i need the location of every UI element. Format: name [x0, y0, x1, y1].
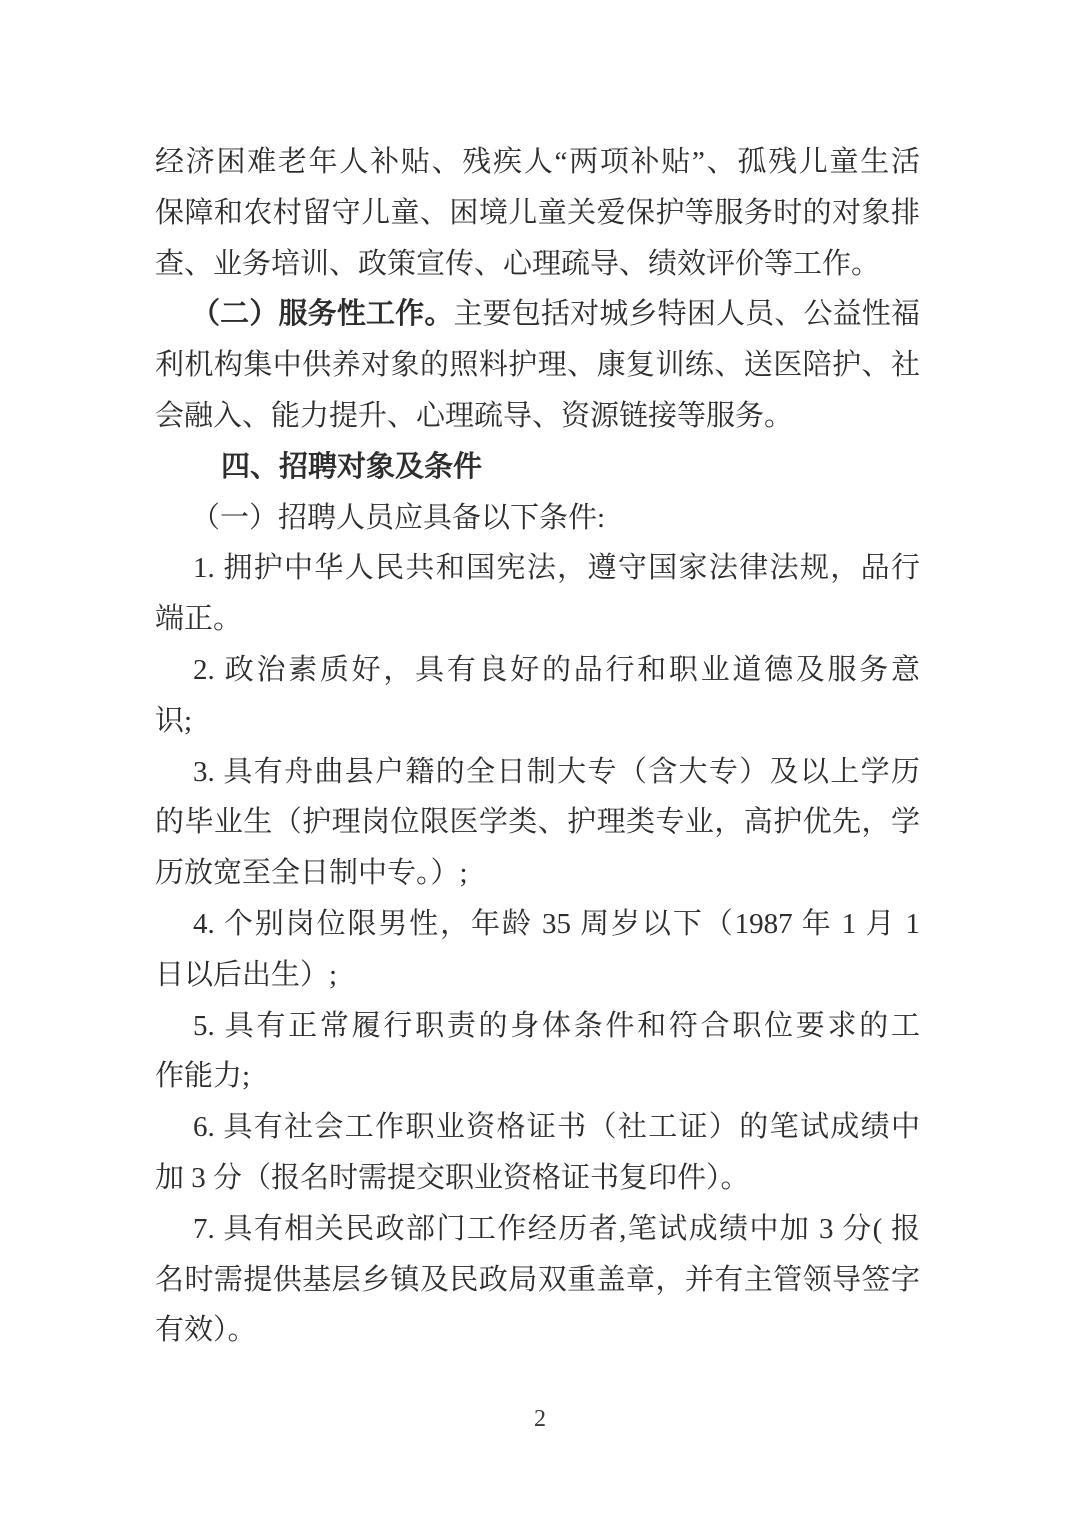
text-line: 端正。 — [155, 594, 920, 645]
text-line: 3. 具有舟曲县户籍的全日制大专（含大专）及以上学历 — [155, 747, 920, 798]
text-line: 经济困难老年人补贴、残疾人“两项补贴”、孤残儿童生活 — [155, 137, 920, 188]
text-line: 5. 具有正常履行职责的身体条件和符合职位要求的工 — [155, 1001, 920, 1052]
text-line: 名时需提供基层乡镇及民政局双重盖章，并有主管领导签字 — [155, 1255, 920, 1306]
text-line: 的毕业生（护理岗位限医学类、护理类专业，高护优先，学 — [155, 797, 920, 848]
text-line: （二）服务性工作。主要包括对城乡特困人员、公益性福 — [155, 289, 920, 340]
text-line: 利机构集中供养对象的照料护理、康复训练、送医陪护、社 — [155, 340, 920, 391]
text-line: 6. 具有社会工作职业资格证书（社工证）的笔试成绩中 — [155, 1102, 920, 1153]
text-line: 加 3 分（报名时需提交职业资格证书复印件）。 — [155, 1153, 920, 1204]
document-body: 经济困难老年人补贴、残疾人“两项补贴”、孤残儿童生活 保障和农村留守儿童、困境儿… — [155, 137, 920, 1356]
text-line: 7. 具有相关民政部门工作经历者,笔试成绩中加 3 分( 报 — [155, 1204, 920, 1255]
text-line: （一）招聘人员应具备以下条件: — [155, 493, 920, 544]
text-line: 有效）。 — [155, 1305, 920, 1356]
text-line: 2. 政治素质好，具有良好的品行和职业道德及服务意 — [155, 645, 920, 696]
text-line: 识; — [155, 696, 920, 747]
page-number: 2 — [0, 1406, 1080, 1433]
text-line: 保障和农村留守儿童、困境儿童关爱保护等服务时的对象排 — [155, 188, 920, 239]
text-line: 会融入、能力提升、心理疏导、资源链接等服务。 — [155, 391, 920, 442]
section-heading: 四、招聘对象及条件 — [155, 442, 920, 493]
text-line: 4. 个别岗位限男性，年龄 35 周岁以下（1987 年 1 月 1 — [155, 899, 920, 950]
text-segment: 主要包括对城乡特困人员、公益性福 — [454, 298, 920, 330]
text-line: 作能力; — [155, 1051, 920, 1102]
text-line: 1. 拥护中华人民共和国宪法，遵守国家法律法规，品行 — [155, 543, 920, 594]
document-page: 经济困难老年人补贴、残疾人“两项补贴”、孤残儿童生活 保障和农村留守儿童、困境儿… — [0, 0, 1080, 1526]
subheading-label: （二）服务性工作。 — [191, 298, 454, 330]
text-line: 历放宽至全日制中专。）; — [155, 848, 920, 899]
text-line: 日以后出生）; — [155, 950, 920, 1001]
text-line: 查、业务培训、政策宣传、心理疏导、绩效评价等工作。 — [155, 239, 920, 290]
